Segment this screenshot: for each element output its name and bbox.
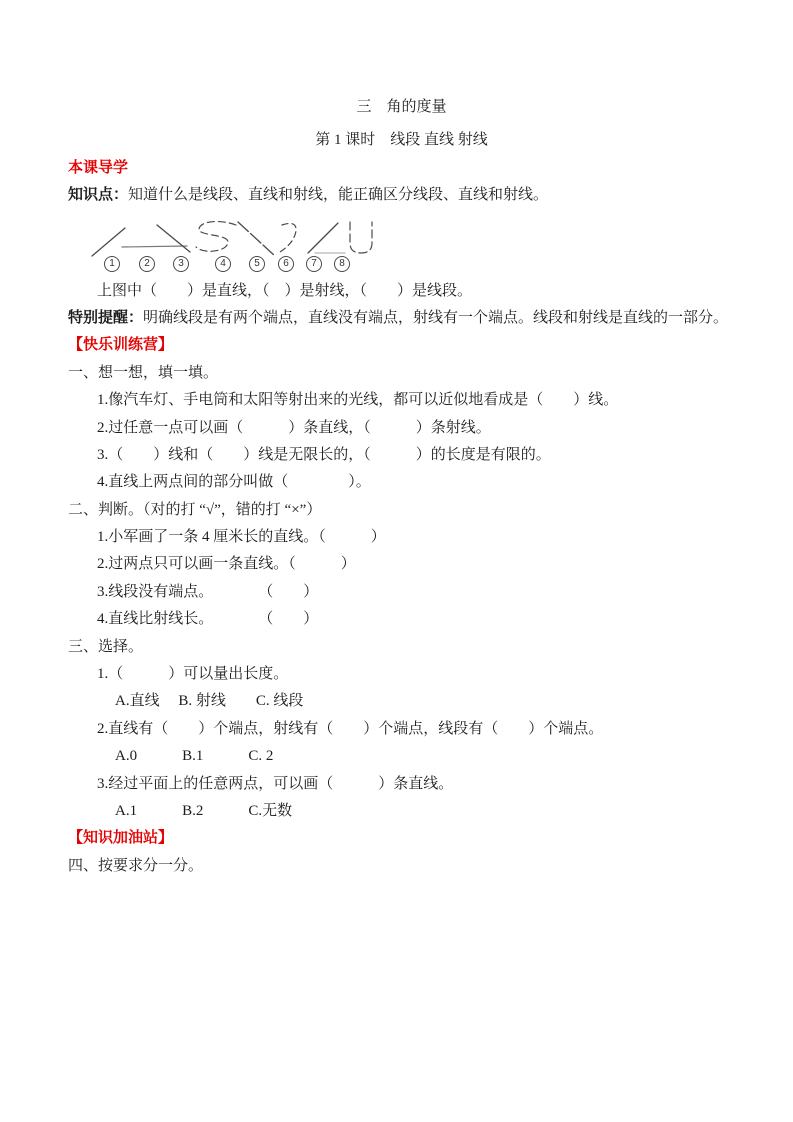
figure-shape-1-slanted-line — [92, 228, 125, 256]
question3-item-2-stem: 2.直线有（ ）个端点，射线有（ ）个端点，线段有（ ）个端点。 — [68, 716, 735, 743]
question1-item-2: 2.过任意一点可以画（ ）条直线，（ ）条射线。 — [68, 415, 735, 442]
knowledge-point-line: 知识点：知道什么是线段、直线和射线，能正确区分线段、直线和射线。 — [68, 182, 735, 209]
knowledge-point-label: 知识点： — [68, 187, 128, 203]
training-heading: 【快乐训练营】 — [68, 332, 735, 359]
figure-shape-8-u-curve — [350, 222, 372, 253]
figure-label-8: 8 — [334, 256, 350, 272]
lesson-title: 第 1 课时 线段 直线 射线 — [68, 127, 735, 154]
question1-item-1: 1.像汽车灯、手电筒和太阳等射出来的光线，都可以近似地看成是（ ）线。 — [68, 387, 735, 414]
unit-title: 三 角的度量 — [68, 94, 735, 121]
figure-shape-4-s-curve — [196, 221, 236, 251]
question3-item-2-options: A.0 B.1 C. 2 — [68, 743, 735, 770]
figure-label-6: 6 — [278, 256, 294, 272]
question1-item-4: 4.直线上两点间的部分叫做（ ）。 — [68, 469, 735, 496]
question2-title: 二、判断。（对的打 “√”，错的打 “×”） — [68, 497, 735, 524]
station-heading: 【知识加油站】 — [68, 825, 735, 852]
question1-title: 一、想一想，填一填。 — [68, 360, 735, 387]
figure-label-7: 7 — [306, 256, 322, 272]
figure-shape-7-slanted-line — [308, 223, 338, 253]
question1-item-3: 3.（ ）线和（ ）线是无限长的，（ ）的长度是有限的。 — [68, 442, 735, 469]
figure-label-3: 3 — [173, 256, 189, 272]
figure-caption: 上图中（ ）是直线，（ ）是射线，（ ）是线段。 — [68, 278, 735, 305]
question3-item-1-options: A.直线 B. 射线 C. 线段 — [68, 688, 735, 715]
question3-item-1-stem: 1.（ ）可以量出长度。 — [68, 661, 735, 688]
question2-item-1: 1.小军画了一条 4 厘米长的直线。（ ） — [68, 524, 735, 551]
figure-label-4: 4 — [215, 256, 231, 272]
knowledge-point-text: 知道什么是线段、直线和射线，能正确区分线段、直线和射线。 — [128, 187, 548, 203]
reminder-text: 明确线段是有两个端点，直线没有端点，射线有一个端点。线段和射线是直线的一部分。 — [143, 310, 728, 326]
question2-item-2: 2.过两点只可以画一条直线。（ ） — [68, 551, 735, 578]
guide-heading: 本课导学 — [68, 155, 735, 182]
question3-item-3-stem: 3.经过平面上的任意两点，可以画（ ）条直线。 — [68, 771, 735, 798]
worksheet-page: 三 角的度量 第 1 课时 线段 直线 射线 本课导学 知识点：知道什么是线段、… — [0, 0, 793, 1122]
figure-shape-6-arc-curve — [280, 223, 296, 252]
figure-label-5: 5 — [249, 256, 265, 272]
reminder-label: 特别提醒： — [68, 310, 143, 326]
question3-item-3-options: A.1 B.2 C.无数 — [68, 798, 735, 825]
figure-shape-5-slanted-line — [238, 222, 275, 256]
figure-label-1: 1 — [104, 256, 120, 272]
question2-item-4: 4.直线比射线长。 （ ） — [68, 606, 735, 633]
lines-figure: 1 2 3 4 5 6 7 8 — [68, 214, 735, 278]
figure-label-2: 2 — [139, 256, 155, 272]
question4-title: 四、按要求分一分。 — [68, 853, 735, 880]
question2-item-3: 3.线段没有端点。 （ ） — [68, 579, 735, 606]
question3-title: 三、选择。 — [68, 634, 735, 661]
figure-shape-2-horizontal-segment — [122, 246, 187, 247]
reminder-line: 特别提醒：明确线段是有两个端点，直线没有端点，射线有一个端点。线段和射线是直线的… — [68, 305, 735, 332]
figure-shape-3-slanted-line — [157, 225, 190, 252]
